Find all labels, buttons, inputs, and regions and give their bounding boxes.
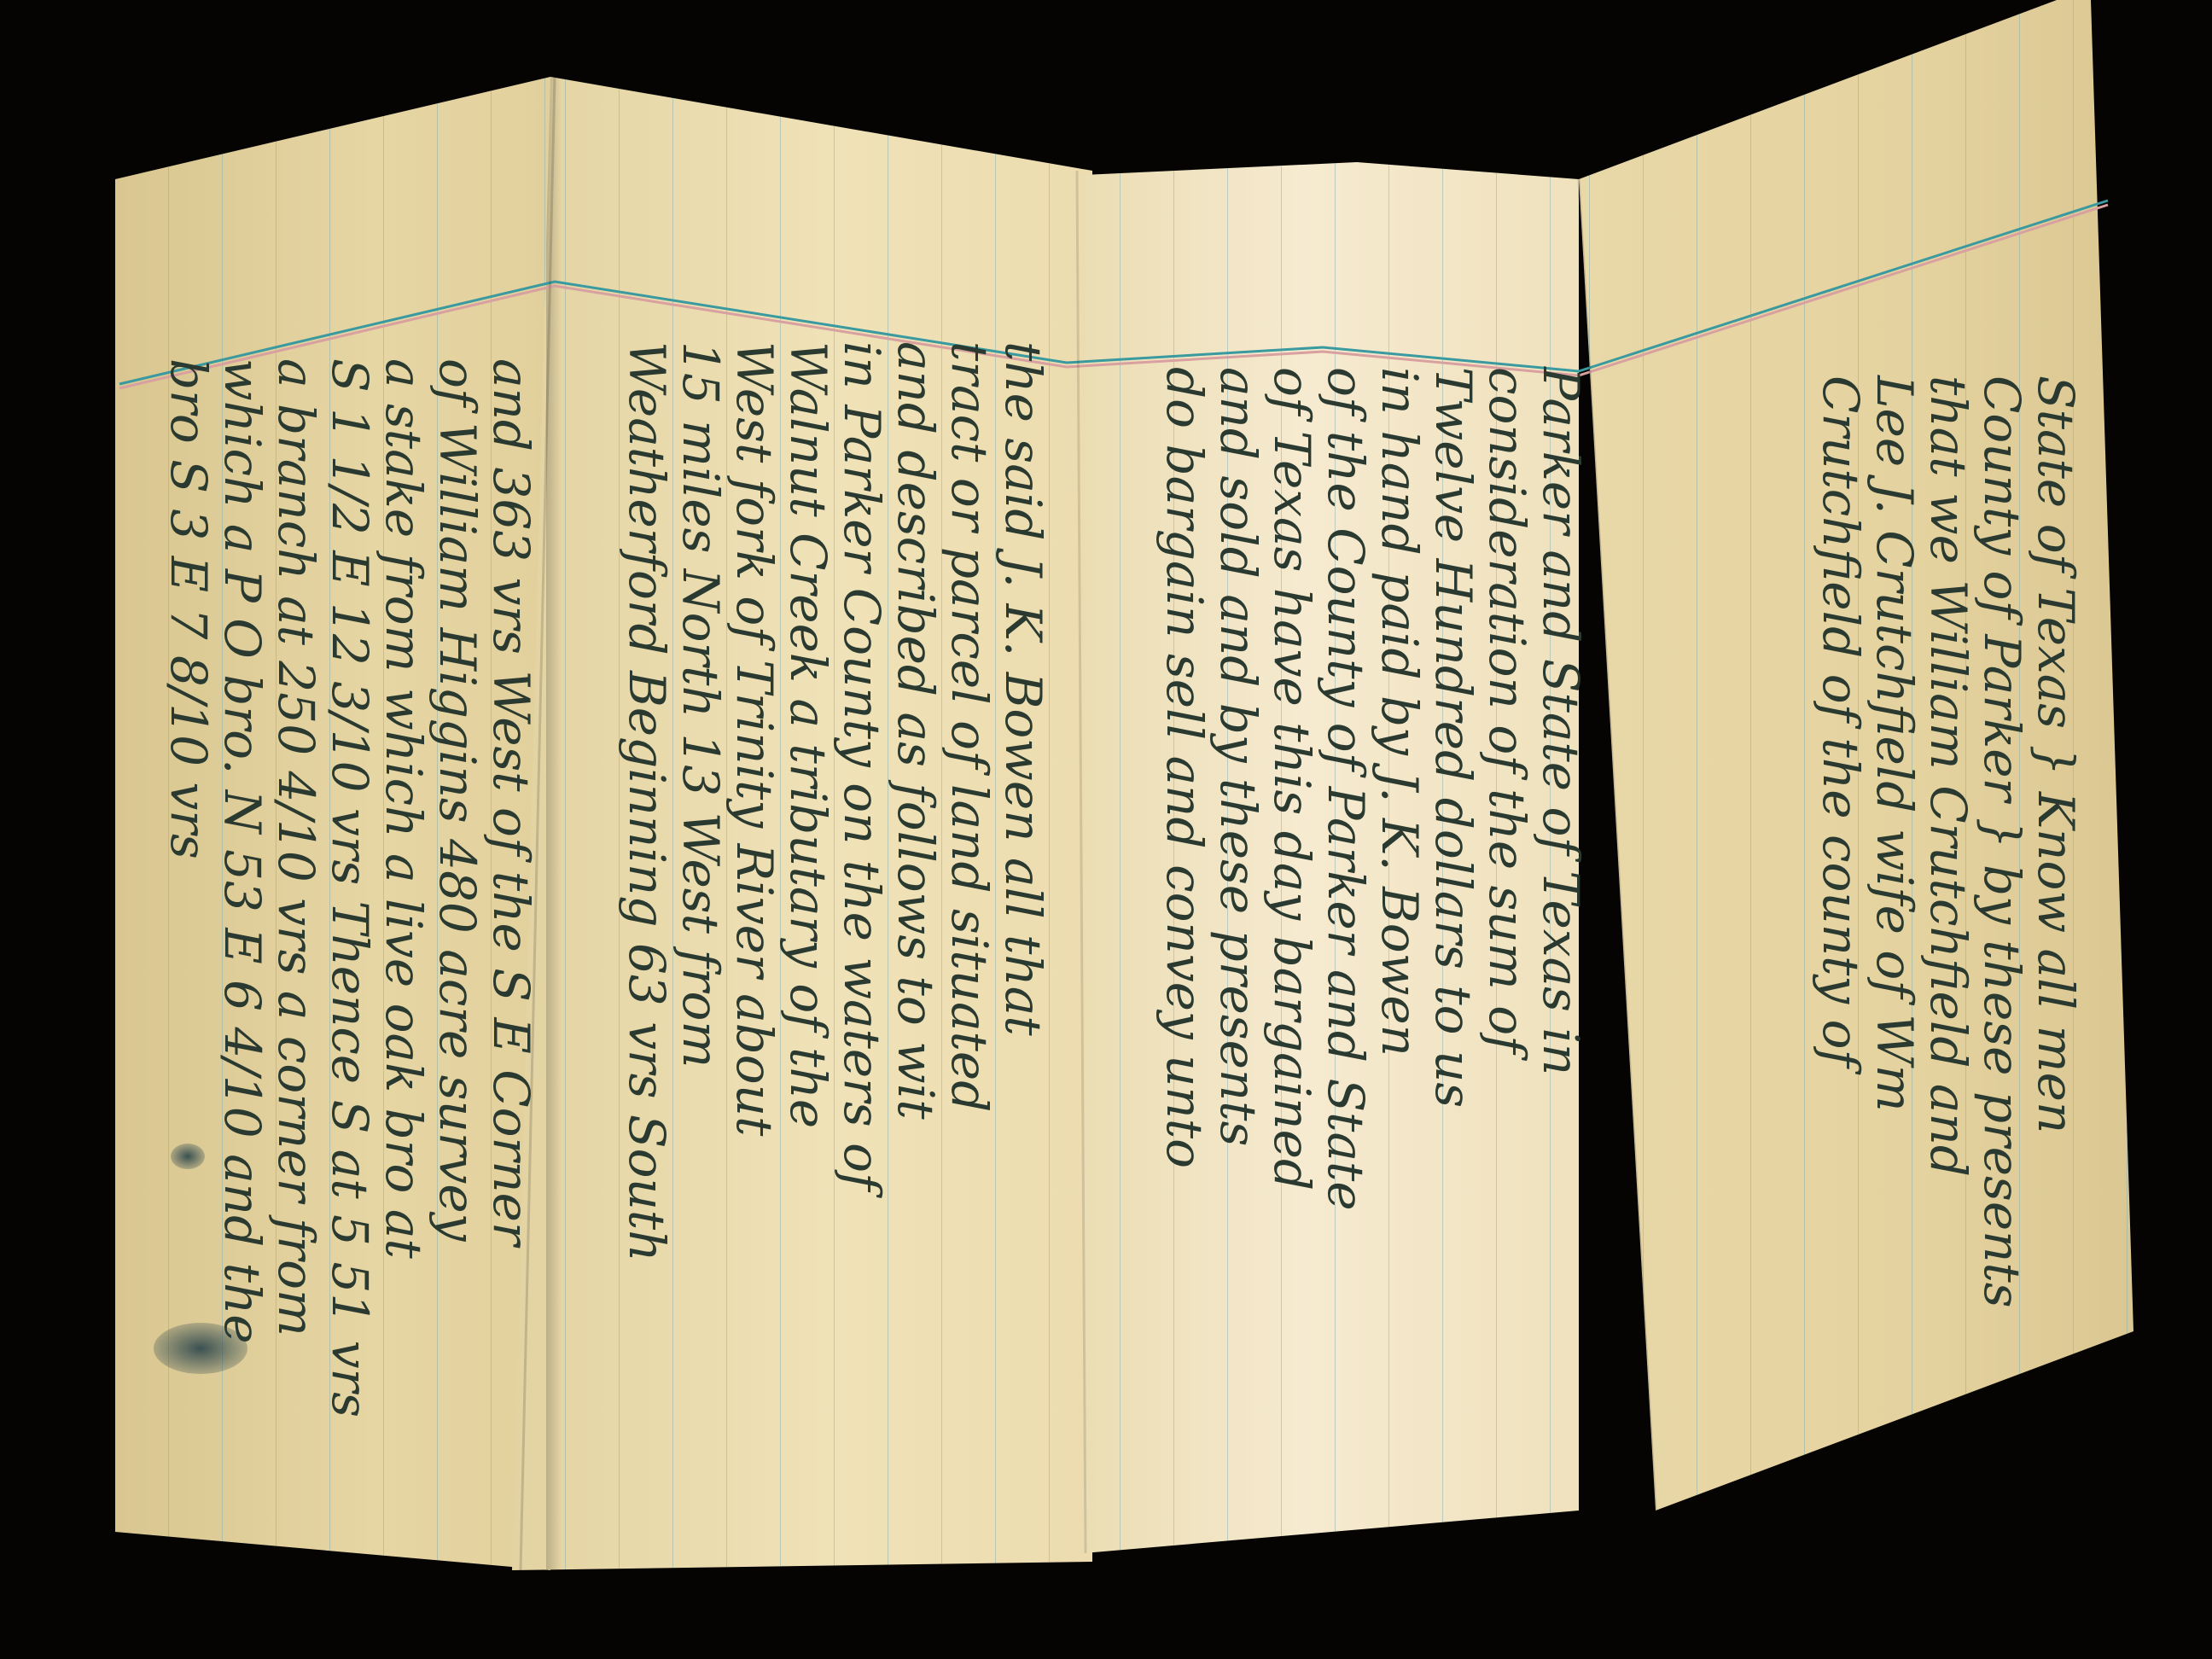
text-line: of the County of Parker and State: [1318, 367, 1372, 1211]
text-line: S 1 1/2 E 12 3/10 vrs Thence S at 5 51 v…: [323, 358, 376, 1417]
text-line: Twelve Hundred dollars to us: [1426, 367, 1480, 1211]
handwriting-panel-right: State of Texas } Know all men County of …: [1813, 375, 2082, 1308]
text-line: the said J. K. Bowen all that: [996, 341, 1050, 1262]
text-line: consideration of the sum of: [1480, 367, 1534, 1211]
text-line: 15 miles North 13 West from: [673, 341, 727, 1262]
handwriting-panel-center-right: Parker and State of Texas in considerati…: [1157, 367, 1587, 1211]
text-line: a branch at 250 4/10 vrs a corner from: [269, 358, 323, 1417]
text-line: State of Texas } Know all men: [2029, 375, 2082, 1308]
text-line: bro S 3 E 7 8/10 vrs: [161, 358, 215, 1417]
text-line: and 363 vrs West of the S E Corner: [484, 358, 538, 1417]
text-line: Lee J. Crutchfield wife of Wm: [1867, 375, 1921, 1308]
document-photo: State of Texas } Know all men County of …: [0, 0, 2212, 1659]
text-line: Crutchfield of the county of: [1813, 375, 1867, 1308]
text-line: West fork of Trinity River about: [727, 341, 781, 1262]
handwriting-panel-left: and 363 vrs West of the S E Corner of Wi…: [161, 358, 538, 1417]
ink-blot: [154, 1323, 247, 1374]
text-line: which a P O bro. N 53 E 6 4/10 and the: [215, 358, 269, 1417]
handwriting-panel-center-left: the said J. K. Bowen all that tract or p…: [620, 341, 1050, 1262]
text-line: Walnut Creek a tributary of the: [781, 341, 835, 1262]
text-line: do bargain sell and convey unto: [1157, 367, 1211, 1211]
text-line: in Parker County on the waters of: [835, 341, 888, 1262]
text-line: Parker and State of Texas in: [1534, 367, 1587, 1211]
text-line: and described as follows to wit: [888, 341, 942, 1262]
text-line: and sold and by these presents: [1211, 367, 1265, 1211]
text-line: County of Parker } by these presents: [1975, 375, 2029, 1308]
text-line: in hand paid by J. K. Bowen: [1372, 367, 1426, 1211]
ink-blot: [171, 1144, 205, 1169]
text-line: tract or parcel of land situated: [942, 341, 996, 1262]
text-line: of Texas have this day bargained: [1265, 367, 1318, 1211]
text-line: that we William Crutchfield and: [1921, 375, 1975, 1308]
text-line: Weatherford Beginning 63 vrs South: [620, 341, 673, 1262]
text-line: of William Higgins 480 acre survey: [430, 358, 484, 1417]
text-line: a stake from which a live oak bro at: [376, 358, 430, 1417]
